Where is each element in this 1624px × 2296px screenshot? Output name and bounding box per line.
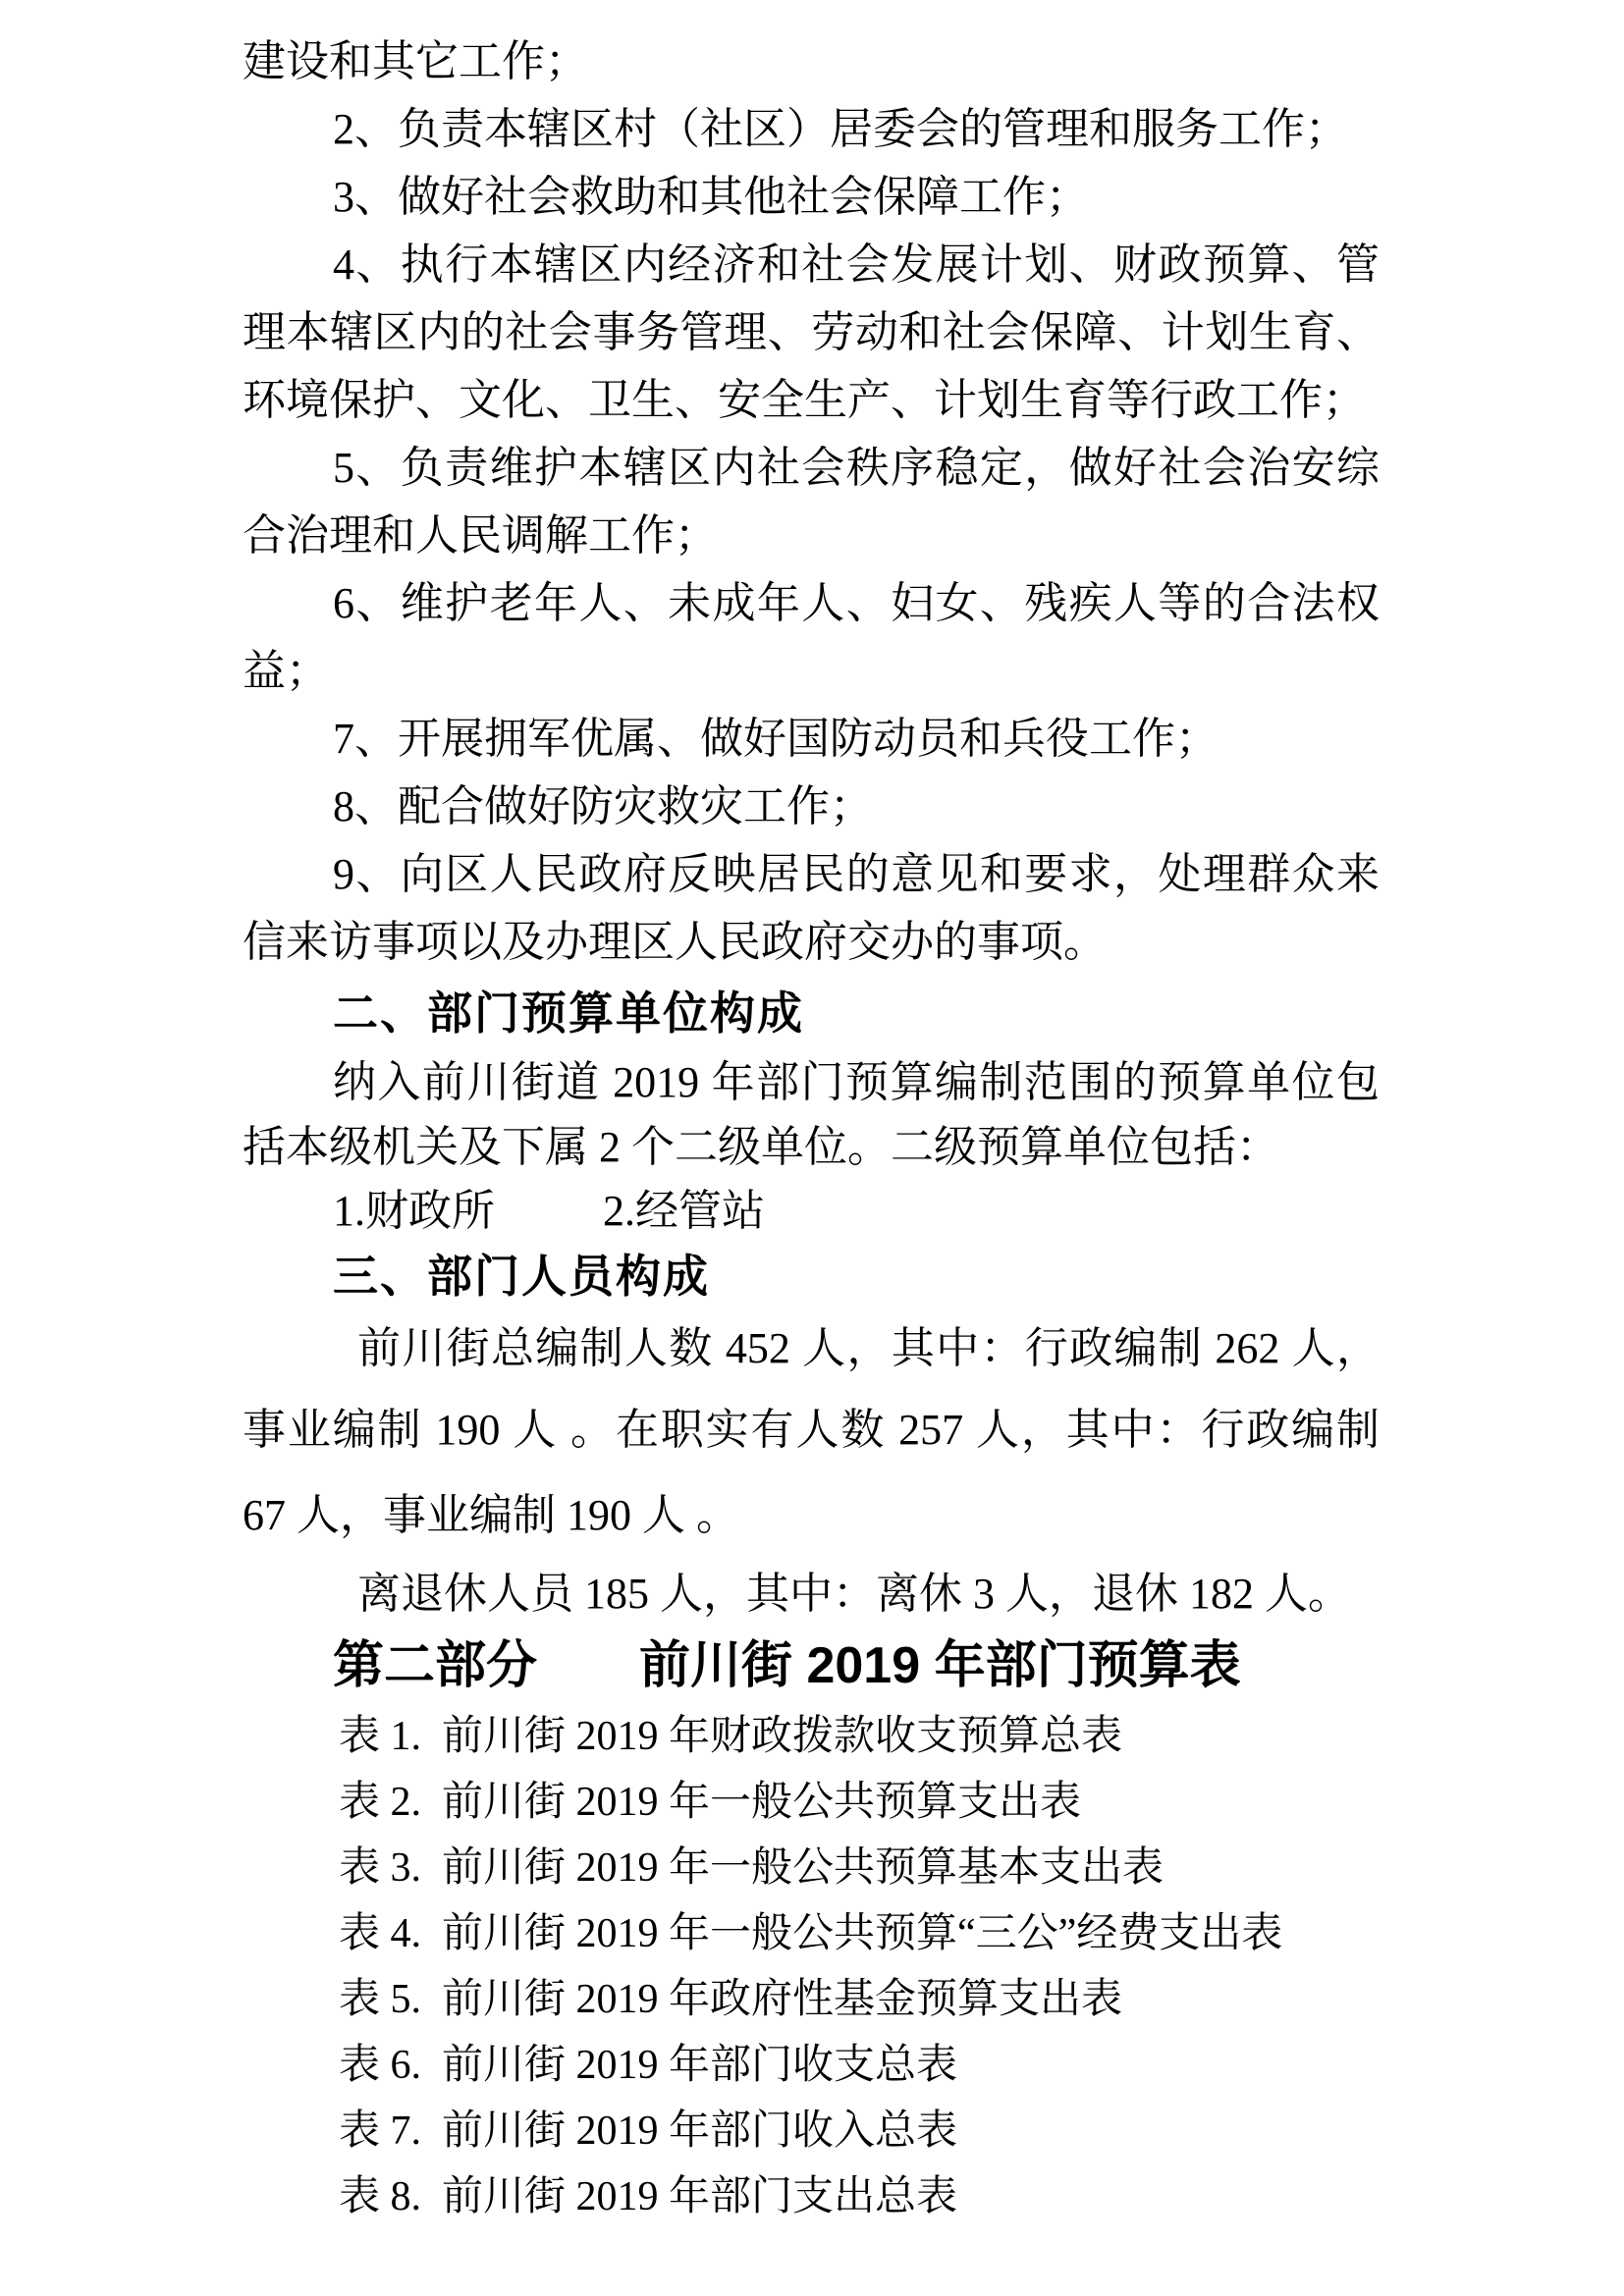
part2-section: 第二部分 前川街 2019 年部门预算表 表 1. 前川街 2019 年财政拨款… <box>243 1628 1380 2230</box>
duty-item-5-line-2: 合治理和人民调解工作； <box>243 502 1380 569</box>
duty-item-9-line-2: 信来访事项以及办理区人民政府交办的事项。 <box>243 908 1380 976</box>
table-list-item-3: 表 3. 前川街 2019 年一般公共预算基本支出表 <box>243 1836 1380 1901</box>
paragraph-continuation-line: 建设和其它工作； <box>243 27 1380 95</box>
budget-units-section: 二、部门预算单位构成 纳入前川街道 2019 年部门预算编制范围的预算单位包 括… <box>243 976 1380 1243</box>
retirees-line: 离退休人员 185 人，其中：离休 3 人，退休 182 人。 <box>243 1560 1380 1628</box>
duty-item-5-line-1: 5、负责维护本辖区内社会秩序稳定，做好社会治安综 <box>243 434 1380 502</box>
table-list-item-8: 表 8. 前川街 2019 年部门支出总表 <box>243 2164 1380 2230</box>
duty-item-9-line-1: 9、向区人民政府反映居民的意见和要求，处理群众来 <box>243 840 1380 908</box>
duty-item-4-line-2: 理本辖区内的社会事务管理、劳动和社会保障、计划生育、 <box>243 298 1380 366</box>
table-list-item-2: 表 2. 前川街 2019 年一般公共预算支出表 <box>243 1770 1380 1836</box>
section-heading-personnel: 三、部门人员构成 <box>243 1243 1380 1309</box>
budget-units-line-1: 纳入前川街道 2019 年部门预算编制范围的预算单位包 <box>243 1050 1380 1115</box>
personnel-line-1: 前川街总编制人数 452 人，其中：行政编制 262 人， <box>243 1309 1380 1388</box>
duties-section: 建设和其它工作； 2、负责本辖区村（社区）居委会的管理和服务工作； 3、做好社会… <box>243 27 1380 976</box>
personnel-line-3: 67 人，事业编制 190 人 。 <box>243 1471 1380 1560</box>
duty-item-6-line-1: 6、维护老年人、未成年人、妇女、残疾人等的合法权 <box>243 569 1380 637</box>
table-list-item-5: 表 5. 前川街 2019 年政府性基金预算支出表 <box>243 1967 1380 2033</box>
duty-item-3: 3、做好社会救助和其他社会保障工作； <box>243 163 1380 231</box>
table-list-item-1: 表 1. 前川街 2019 年财政拨款收支预算总表 <box>243 1704 1380 1770</box>
table-list-item-4: 表 4. 前川街 2019 年一般公共预算“三公”经费支出表 <box>243 1901 1380 1967</box>
duty-item-7: 7、开展拥军优属、做好国防动员和兵役工作； <box>243 705 1380 773</box>
budget-units-line-2: 括本级机关及下属 2 个二级单位。二级预算单位包括： <box>243 1115 1380 1180</box>
table-list-item-7: 表 7. 前川街 2019 年部门收入总表 <box>243 2099 1380 2164</box>
part2-heading: 第二部分 前川街 2019 年部门预算表 <box>243 1628 1380 1704</box>
duty-item-4-line-1: 4、执行本辖区内经济和社会发展计划、财政预算、管 <box>243 231 1380 298</box>
secondary-units-list: 1.财政所 2.经管站 <box>243 1180 1380 1243</box>
personnel-section: 三、部门人员构成 前川街总编制人数 452 人，其中：行政编制 262 人， 事… <box>243 1243 1380 1628</box>
duty-item-8: 8、配合做好防灾救灾工作； <box>243 773 1380 840</box>
duty-item-2: 2、负责本辖区村（社区）居委会的管理和服务工作； <box>243 95 1380 163</box>
personnel-line-2: 事业编制 190 人 。在职实有人数 257 人，其中：行政编制 <box>243 1388 1380 1471</box>
duty-item-6-line-2: 益； <box>243 637 1380 705</box>
section-heading-budget-units: 二、部门预算单位构成 <box>243 976 1380 1050</box>
table-list-item-6: 表 6. 前川街 2019 年部门收支总表 <box>243 2033 1380 2099</box>
duty-item-4-line-3: 环境保护、文化、卫生、安全生产、计划生育等行政工作； <box>243 366 1380 434</box>
document-page: 建设和其它工作； 2、负责本辖区村（社区）居委会的管理和服务工作； 3、做好社会… <box>0 0 1624 2296</box>
document-content: 建设和其它工作； 2、负责本辖区村（社区）居委会的管理和服务工作； 3、做好社会… <box>243 27 1380 2230</box>
